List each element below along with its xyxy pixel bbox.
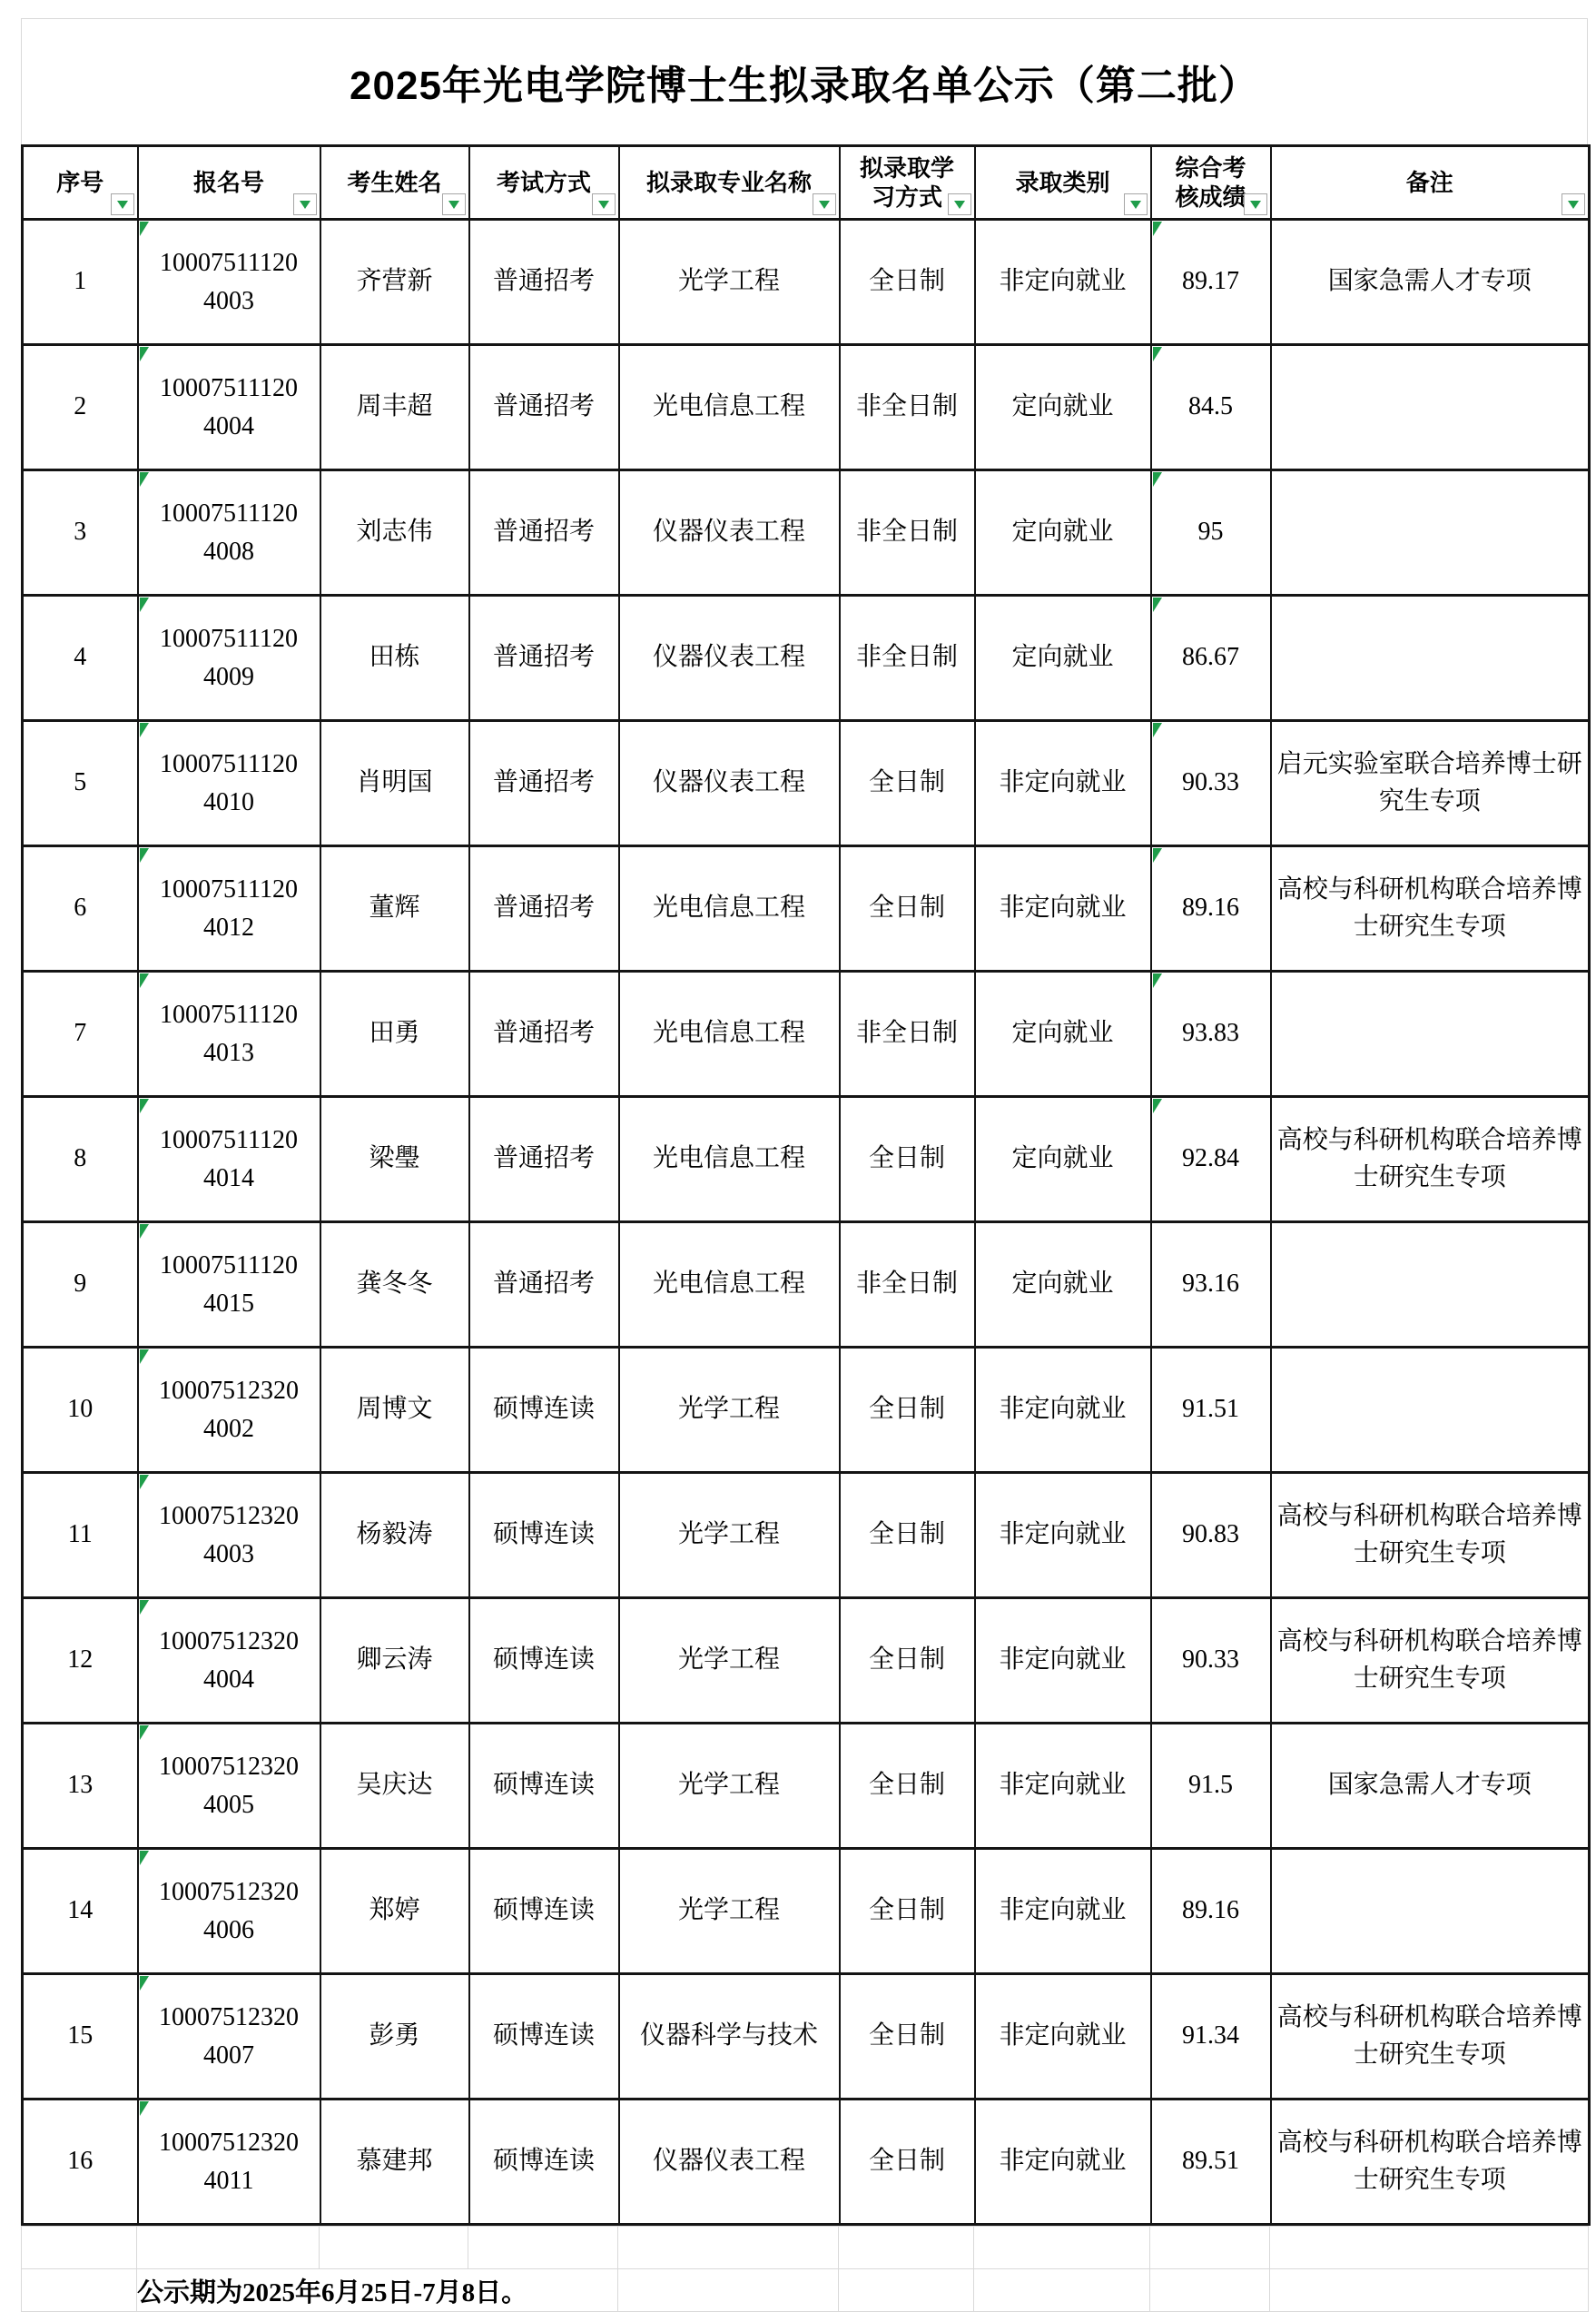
cell-exam-method: 硕博连读: [469, 2100, 619, 2225]
filter-dropdown-icon[interactable]: [1124, 193, 1148, 215]
cell-admission-category: 非定向就业: [975, 846, 1151, 972]
cell-remark: [1271, 1849, 1590, 1974]
cell-exam-method: 普通招考: [469, 1097, 619, 1222]
error-indicator-icon: [140, 1349, 149, 1364]
cell-major: 光学工程: [619, 1598, 840, 1724]
cell-reg-number: 100075123204003: [138, 1473, 320, 1598]
cell-study-mode: 全日制: [840, 1849, 975, 1974]
cell-remark: 国家急需人才专项: [1271, 1724, 1590, 1849]
cell-major: 光电信息工程: [619, 1097, 840, 1222]
filter-dropdown-icon[interactable]: [1244, 193, 1267, 215]
col-header-label: 序号: [56, 169, 103, 196]
score-text: 89.16: [1182, 894, 1239, 922]
cell-admission-category: 非定向就业: [975, 721, 1151, 846]
cell-remark: 高校与科研机构联合培养博士研究生专项: [1271, 2100, 1590, 2225]
cell-candidate-name: 彭勇: [320, 1974, 469, 2100]
cell-reg-number: 100075123204011: [138, 2100, 320, 2225]
cell-candidate-name: 慕建邦: [320, 2100, 469, 2225]
cell-admission-category: 定向就业: [975, 345, 1151, 470]
cell-candidate-name: 田勇: [320, 972, 469, 1097]
cell-study-mode: 非全日制: [840, 345, 975, 470]
error-indicator-icon: [140, 1851, 149, 1865]
cell-admission-category: 非定向就业: [975, 1473, 1151, 1598]
table-row: 15 100075123204007 彭勇 硕博连读 仪器科学与技术 全日制 非…: [23, 1974, 1590, 2100]
cell-score: 92.84: [1151, 1097, 1271, 1222]
cell-reg-number: 100075111204010: [138, 721, 320, 846]
triangle-down-icon: [1130, 201, 1141, 209]
cell-score: 89.51: [1151, 2100, 1271, 2225]
cell-remark: [1271, 972, 1590, 1097]
cell-reg-number: 100075123204002: [138, 1348, 320, 1473]
cell-study-mode: 全日制: [840, 1473, 975, 1598]
filter-dropdown-icon[interactable]: [111, 193, 134, 215]
cell-study-mode: 全日制: [840, 1724, 975, 1849]
table-row: 4 100075111204009 田栋 普通招考 仪器仪表工程 非全日制 定向…: [23, 596, 1590, 721]
cell-reg-number: 100075111204013: [138, 972, 320, 1097]
cell-candidate-name: 卿云涛: [320, 1598, 469, 1724]
cell-index: 2: [23, 345, 138, 470]
cell-candidate-name: 吴庆达: [320, 1724, 469, 1849]
table-row: 7 100075111204013 田勇 普通招考 光电信息工程 非全日制 定向…: [23, 972, 1590, 1097]
cell-remark: 高校与科研机构联合培养博士研究生专项: [1271, 1473, 1590, 1598]
spreadsheet: 2025年光电学院博士生拟录取名单公示（第二批） 序号 报名号 考生姓名 考试方…: [21, 18, 1588, 2312]
cell-exam-method: 普通招考: [469, 345, 619, 470]
cell-admission-category: 非定向就业: [975, 2100, 1151, 2225]
error-indicator-icon: [1153, 222, 1162, 236]
cell-exam-method: 硕博连读: [469, 1724, 619, 1849]
score-text: 91.34: [1182, 2021, 1239, 2050]
cell-index: 14: [23, 1849, 138, 1974]
table-row: 8 100075111204014 梁璺 普通招考 光电信息工程 全日制 定向就…: [23, 1097, 1590, 1222]
cell-candidate-name: 郑婷: [320, 1849, 469, 1974]
score-text: 90.33: [1182, 1645, 1239, 1674]
cell-candidate-name: 肖明国: [320, 721, 469, 846]
cell-candidate-name: 梁璺: [320, 1097, 469, 1222]
cell-candidate-name: 杨毅涛: [320, 1473, 469, 1598]
cell-admission-category: 定向就业: [975, 1097, 1151, 1222]
cell-candidate-name: 齐营新: [320, 220, 469, 345]
cell-reg-number: 100075123204006: [138, 1849, 320, 1974]
col-header-label: 拟录取学 习方式: [860, 154, 954, 212]
cell-index: 9: [23, 1222, 138, 1348]
col-header-remark: 备注: [1271, 146, 1590, 220]
cell-study-mode: 非全日制: [840, 470, 975, 596]
cell-admission-category: 定向就业: [975, 596, 1151, 721]
cell-major: 光学工程: [619, 1849, 840, 1974]
score-text: 90.83: [1182, 1520, 1239, 1548]
admission-table: 序号 报名号 考生姓名 考试方式 拟录取专业名称 拟录取学 习方式 录取类别 综…: [21, 144, 1591, 2226]
reg-number-text: 100075111204010: [159, 746, 299, 822]
error-indicator-icon: [1153, 347, 1162, 361]
cell-remark: [1271, 1222, 1590, 1348]
cell-score: 89.17: [1151, 220, 1271, 345]
triangle-down-icon: [300, 201, 310, 209]
cell-major: 光电信息工程: [619, 972, 840, 1097]
cell-reg-number: 100075123204007: [138, 1974, 320, 2100]
reg-number-text: 100075123204004: [159, 1623, 299, 1699]
table-row: 2 100075111204004 周丰超 普通招考 光电信息工程 非全日制 定…: [23, 345, 1590, 470]
cell-remark: 高校与科研机构联合培养博士研究生专项: [1271, 1097, 1590, 1222]
cell-index: 1: [23, 220, 138, 345]
footer-note: 公示期为2025年6月25日-7月8日。: [137, 2269, 618, 2312]
cell-remark: [1271, 596, 1590, 721]
cell-reg-number: 100075111204003: [138, 220, 320, 345]
cell-index: 8: [23, 1097, 138, 1222]
cell-candidate-name: 董辉: [320, 846, 469, 972]
reg-number-text: 100075123204007: [159, 1999, 299, 2075]
reg-number-text: 100075111204013: [159, 996, 299, 1072]
filter-dropdown-icon[interactable]: [442, 193, 466, 215]
cell-exam-method: 硕博连读: [469, 1974, 619, 2100]
col-header-label: 考生姓名: [347, 169, 441, 196]
cell-remark: 启元实验室联合培养博士研究生专项: [1271, 721, 1590, 846]
cell-study-mode: 全日制: [840, 220, 975, 345]
table-row: 3 100075111204008 刘志伟 普通招考 仪器仪表工程 非全日制 定…: [23, 470, 1590, 596]
error-indicator-icon: [140, 2101, 149, 2116]
empty-row: [22, 2227, 1589, 2269]
col-header-reg-number: 报名号: [138, 146, 320, 220]
error-indicator-icon: [140, 723, 149, 737]
reg-number-text: 100075123204002: [159, 1372, 299, 1448]
cell-reg-number: 100075123204005: [138, 1724, 320, 1849]
error-indicator-icon: [1153, 973, 1162, 988]
cell-admission-category: 非定向就业: [975, 1849, 1151, 1974]
error-indicator-icon: [140, 598, 149, 612]
table-row: 13 100075123204005 吴庆达 硕博连读 光学工程 全日制 非定向…: [23, 1724, 1590, 1849]
table-row: 5 100075111204010 肖明国 普通招考 仪器仪表工程 全日制 非定…: [23, 721, 1590, 846]
reg-number-text: 100075123204003: [159, 1497, 299, 1574]
triangle-down-icon: [954, 201, 965, 209]
cell-candidate-name: 龚冬冬: [320, 1222, 469, 1348]
table-row: 11 100075123204003 杨毅涛 硕博连读 光学工程 全日制 非定向…: [23, 1473, 1590, 1598]
score-text: 91.51: [1182, 1395, 1239, 1423]
error-indicator-icon: [1153, 472, 1162, 487]
cell-major: 仪器仪表工程: [619, 2100, 840, 2225]
cell-study-mode: 全日制: [840, 2100, 975, 2225]
table-row: 14 100075123204006 郑婷 硕博连读 光学工程 全日制 非定向就…: [23, 1849, 1590, 1974]
reg-number-text: 100075123204011: [159, 2124, 299, 2200]
cell-admission-category: 定向就业: [975, 972, 1151, 1097]
col-header-label: 报名号: [193, 169, 264, 196]
cell-exam-method: 普通招考: [469, 1222, 619, 1348]
cell-exam-method: 普通招考: [469, 470, 619, 596]
error-indicator-icon: [1153, 723, 1162, 737]
triangle-down-icon: [1250, 201, 1261, 209]
triangle-down-icon: [448, 201, 459, 209]
reg-number-text: 100075111204009: [159, 620, 299, 697]
error-indicator-icon: [140, 1976, 149, 1991]
cell-exam-method: 硕博连读: [469, 1849, 619, 1974]
reg-number-text: 100075111204012: [159, 871, 299, 947]
reg-number-text: 100075123204006: [159, 1873, 299, 1950]
table-row: 9 100075111204015 龚冬冬 普通招考 光电信息工程 非全日制 定…: [23, 1222, 1590, 1348]
score-text: 86.67: [1182, 643, 1239, 671]
error-indicator-icon: [140, 973, 149, 988]
cell-score: 91.51: [1151, 1348, 1271, 1473]
cell-admission-category: 非定向就业: [975, 1974, 1151, 2100]
cell-exam-method: 普通招考: [469, 972, 619, 1097]
filter-dropdown-icon[interactable]: [1562, 193, 1585, 215]
cell-major: 光学工程: [619, 1724, 840, 1849]
cell-major: 光电信息工程: [619, 1222, 840, 1348]
cell-remark: 国家急需人才专项: [1271, 220, 1590, 345]
cell-admission-category: 非定向就业: [975, 1598, 1151, 1724]
cell-index: 4: [23, 596, 138, 721]
cell-score: 84.5: [1151, 345, 1271, 470]
reg-number-text: 100075111204003: [159, 244, 299, 321]
cell-score: 90.33: [1151, 1598, 1271, 1724]
cell-candidate-name: 刘志伟: [320, 470, 469, 596]
page-title: 2025年光电学院博士生拟录取名单公示（第二批）: [21, 18, 1588, 144]
cell-exam-method: 硕博连读: [469, 1598, 619, 1724]
col-header-study-mode: 拟录取学 习方式: [840, 146, 975, 220]
cell-study-mode: 非全日制: [840, 972, 975, 1097]
cell-score: 93.16: [1151, 1222, 1271, 1348]
table-header: 序号 报名号 考生姓名 考试方式 拟录取专业名称 拟录取学 习方式 录取类别 综…: [23, 146, 1590, 220]
cell-major: 光电信息工程: [619, 846, 840, 972]
error-indicator-icon: [1153, 598, 1162, 612]
filter-dropdown-icon[interactable]: [948, 193, 971, 215]
score-text: 89.16: [1182, 1896, 1239, 1924]
cell-index: 10: [23, 1348, 138, 1473]
cell-score: 90.33: [1151, 721, 1271, 846]
cell-reg-number: 100075111204015: [138, 1222, 320, 1348]
cell-index: 11: [23, 1473, 138, 1598]
footer-row: 公示期为2025年6月25日-7月8日。: [22, 2269, 1589, 2312]
cell-study-mode: 全日制: [840, 1348, 975, 1473]
score-text: 92.84: [1182, 1144, 1239, 1172]
reg-number-text: 100075123204005: [159, 1748, 299, 1824]
col-header-label: 拟录取专业名称: [646, 169, 812, 196]
cell-candidate-name: 田栋: [320, 596, 469, 721]
filter-dropdown-icon[interactable]: [293, 193, 317, 215]
score-text: 89.51: [1182, 2147, 1239, 2175]
cell-study-mode: 全日制: [840, 1974, 975, 2100]
cell-index: 15: [23, 1974, 138, 2100]
cell-index: 3: [23, 470, 138, 596]
cell-study-mode: 全日制: [840, 846, 975, 972]
cell-exam-method: 普通招考: [469, 721, 619, 846]
cell-major: 光电信息工程: [619, 345, 840, 470]
col-header-score: 综合考 核成绩: [1151, 146, 1271, 220]
cell-major: 仪器仪表工程: [619, 721, 840, 846]
table-row: 12 100075123204004 卿云涛 硕博连读 光学工程 全日制 非定向…: [23, 1598, 1590, 1724]
triangle-down-icon: [819, 201, 830, 209]
cell-study-mode: 非全日制: [840, 596, 975, 721]
cell-score: 89.16: [1151, 846, 1271, 972]
cell-exam-method: 普通招考: [469, 846, 619, 972]
cell-index: 12: [23, 1598, 138, 1724]
cell-index: 5: [23, 721, 138, 846]
col-header-major: 拟录取专业名称: [619, 146, 840, 220]
cell-reg-number: 100075111204004: [138, 345, 320, 470]
error-indicator-icon: [140, 1725, 149, 1740]
table-row: 16 100075123204011 慕建邦 硕博连读 仪器仪表工程 全日制 非…: [23, 2100, 1590, 2225]
cell-exam-method: 硕博连读: [469, 1348, 619, 1473]
cell-score: 95: [1151, 470, 1271, 596]
cell-admission-category: 定向就业: [975, 470, 1151, 596]
cell-major: 光学工程: [619, 1348, 840, 1473]
error-indicator-icon: [140, 347, 149, 361]
cell-remark: 高校与科研机构联合培养博士研究生专项: [1271, 1598, 1590, 1724]
cell-candidate-name: 周博文: [320, 1348, 469, 1473]
score-text: 84.5: [1188, 392, 1233, 420]
cell-reg-number: 100075111204014: [138, 1097, 320, 1222]
error-indicator-icon: [1153, 1099, 1162, 1113]
footer-grid: 公示期为2025年6月25日-7月8日。: [21, 2226, 1589, 2312]
cell-reg-number: 100075123204004: [138, 1598, 320, 1724]
error-indicator-icon: [140, 1224, 149, 1239]
cell-reg-number: 100075111204012: [138, 846, 320, 972]
error-indicator-icon: [1153, 848, 1162, 863]
cell-index: 16: [23, 2100, 138, 2225]
col-header-label: 录取类别: [1015, 169, 1109, 196]
cell-admission-category: 非定向就业: [975, 1724, 1151, 1849]
cell-score: 90.83: [1151, 1473, 1271, 1598]
cell-admission-category: 非定向就业: [975, 1348, 1151, 1473]
col-header-admission-category: 录取类别: [975, 146, 1151, 220]
error-indicator-icon: [140, 1099, 149, 1113]
error-indicator-icon: [140, 1475, 149, 1489]
col-header-name: 考生姓名: [320, 146, 469, 220]
cell-score: 91.34: [1151, 1974, 1271, 2100]
cell-study-mode: 全日制: [840, 721, 975, 846]
cell-score: 93.83: [1151, 972, 1271, 1097]
table-row: 6 100075111204012 董辉 普通招考 光电信息工程 全日制 非定向…: [23, 846, 1590, 972]
cell-remark: [1271, 345, 1590, 470]
score-text: 89.17: [1182, 267, 1239, 295]
error-indicator-icon: [140, 222, 149, 236]
error-indicator-icon: [140, 472, 149, 487]
cell-study-mode: 全日制: [840, 1097, 975, 1222]
cell-major: 仪器科学与技术: [619, 1974, 840, 2100]
filter-dropdown-icon[interactable]: [592, 193, 616, 215]
cell-remark: [1271, 470, 1590, 596]
col-header-label: 综合考 核成绩: [1175, 154, 1246, 212]
cell-major: 仪器仪表工程: [619, 596, 840, 721]
cell-major: 光学工程: [619, 220, 840, 345]
error-indicator-icon: [140, 1600, 149, 1615]
cell-remark: 高校与科研机构联合培养博士研究生专项: [1271, 1974, 1590, 2100]
col-header-label: 考试方式: [497, 169, 591, 196]
cell-reg-number: 100075111204008: [138, 470, 320, 596]
cell-reg-number: 100075111204009: [138, 596, 320, 721]
cell-admission-category: 非定向就业: [975, 220, 1151, 345]
cell-exam-method: 硕博连读: [469, 1473, 619, 1598]
reg-number-text: 100075111204014: [159, 1121, 299, 1198]
cell-score: 89.16: [1151, 1849, 1271, 1974]
triangle-down-icon: [598, 201, 609, 209]
col-header-index: 序号: [23, 146, 138, 220]
triangle-down-icon: [117, 201, 128, 209]
cell-admission-category: 定向就业: [975, 1222, 1151, 1348]
score-text: 93.16: [1182, 1270, 1239, 1298]
cell-score: 86.67: [1151, 596, 1271, 721]
score-text: 93.83: [1182, 1019, 1239, 1047]
cell-remark: 高校与科研机构联合培养博士研究生专项: [1271, 846, 1590, 972]
col-header-exam-method: 考试方式: [469, 146, 619, 220]
col-header-label: 备注: [1406, 169, 1453, 196]
score-text: 91.5: [1188, 1771, 1233, 1799]
filter-dropdown-icon[interactable]: [813, 193, 836, 215]
cell-exam-method: 普通招考: [469, 596, 619, 721]
reg-number-text: 100075111204004: [159, 370, 299, 446]
cell-score: 91.5: [1151, 1724, 1271, 1849]
cell-exam-method: 普通招考: [469, 220, 619, 345]
reg-number-text: 100075111204008: [159, 495, 299, 571]
score-text: 90.33: [1182, 768, 1239, 796]
cell-candidate-name: 周丰超: [320, 345, 469, 470]
table-row: 1 100075111204003 齐营新 普通招考 光学工程 全日制 非定向就…: [23, 220, 1590, 345]
score-text: 95: [1198, 518, 1224, 546]
table-row: 10 100075123204002 周博文 硕博连读 光学工程 全日制 非定向…: [23, 1348, 1590, 1473]
cell-remark: [1271, 1348, 1590, 1473]
triangle-down-icon: [1568, 201, 1579, 209]
cell-index: 7: [23, 972, 138, 1097]
cell-major: 仪器仪表工程: [619, 470, 840, 596]
error-indicator-icon: [140, 848, 149, 863]
cell-study-mode: 非全日制: [840, 1222, 975, 1348]
cell-major: 光学工程: [619, 1473, 840, 1598]
cell-index: 6: [23, 846, 138, 972]
cell-study-mode: 全日制: [840, 1598, 975, 1724]
cell-index: 13: [23, 1724, 138, 1849]
reg-number-text: 100075111204015: [159, 1247, 299, 1323]
